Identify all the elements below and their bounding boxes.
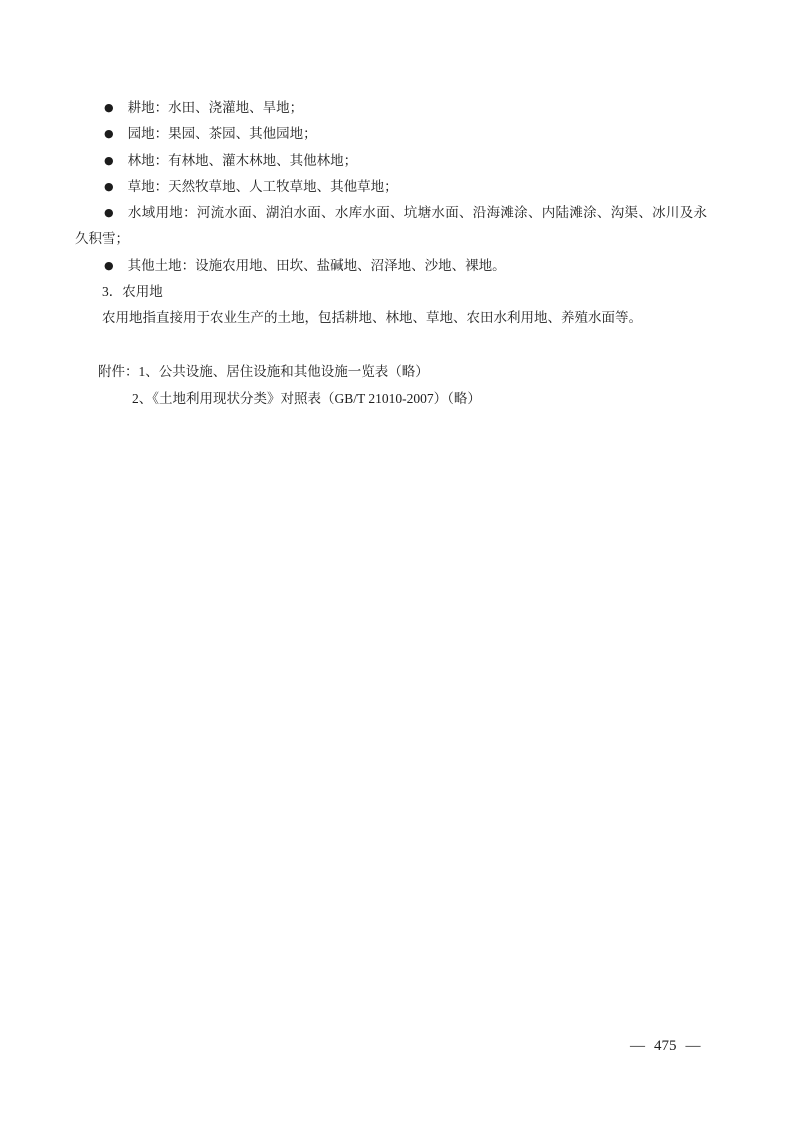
attachment-line: 附件：1、公共设施、居住设施和其他设施一览表（略） [75,358,707,385]
list-item-text: 水域用地：河流水面、湖泊水面、水库水面、坑塘水面、沿海滩涂、内陆滩涂、沟渠、冰川… [75,205,707,246]
bullet-icon: ● [104,154,114,167]
document-page: ●耕地：水田、浇灌地、旱地； ●园地：果园、茶园、其他园地； ●林地：有林地、灌… [0,0,793,1122]
attachment-label: 附件： [98,364,139,379]
attachment-item-2: 2、《土地利用现状分类》对照表（GB/T 21010-2007）（略） [132,391,481,406]
attachment-line: 2、《土地利用现状分类》对照表（GB/T 21010-2007）（略） [75,385,707,412]
list-item: ●园地：果园、茶园、其他园地； [75,121,707,147]
page-number: 475 [654,1038,677,1054]
land-type-list: ●耕地：水田、浇灌地、旱地； ●园地：果园、茶园、其他园地； ●林地：有林地、灌… [75,95,707,279]
list-item-text: 园地：果园、茶园、其他园地； [128,126,317,141]
list-item: ●其他土地：设施农用地、田坎、盐碱地、沼泽地、沙地、裸地。 [75,253,707,279]
list-item: ●耕地：水田、浇灌地、旱地； [75,95,707,121]
attachments-block: 附件：1、公共设施、居住设施和其他设施一览表（略） 2、《土地利用现状分类》对照… [75,358,707,412]
bullet-icon: ● [104,101,114,114]
list-item-text: 林地：有林地、灌木林地、其他林地； [128,153,358,168]
body-paragraph: 农用地指直接用于农业生产的土地，包括耕地、林地、草地、农田水利用地、养殖水面等。 [75,305,707,331]
bullet-icon: ● [104,206,114,219]
attachment-item-1: 1、公共设施、居住设施和其他设施一览表（略） [139,364,429,379]
bullet-icon: ● [104,180,114,193]
list-item-text: 其他土地：设施农用地、田坎、盐碱地、沼泽地、沙地、裸地。 [128,258,506,273]
content-area: ●耕地：水田、浇灌地、旱地； ●园地：果园、茶园、其他园地； ●林地：有林地、灌… [75,95,707,412]
list-item: ●林地：有林地、灌木林地、其他林地； [75,148,707,174]
footer-dash-right: — [686,1038,701,1054]
list-item-text: 耕地：水田、浇灌地、旱地； [128,100,304,115]
list-item: ●水域用地：河流水面、湖泊水面、水库水面、坑塘水面、沿海滩涂、内陆滩涂、沟渠、冰… [75,200,707,253]
bullet-icon: ● [104,127,114,140]
section-heading: 3．农用地 [75,279,707,305]
list-item: ●草地：天然牧草地、人工牧草地、其他草地； [75,174,707,200]
footer-dash-left: — [630,1038,645,1054]
page-footer: —475— [630,1038,701,1055]
list-item-text: 草地：天然牧草地、人工牧草地、其他草地； [128,179,398,194]
bullet-icon: ● [104,259,114,272]
